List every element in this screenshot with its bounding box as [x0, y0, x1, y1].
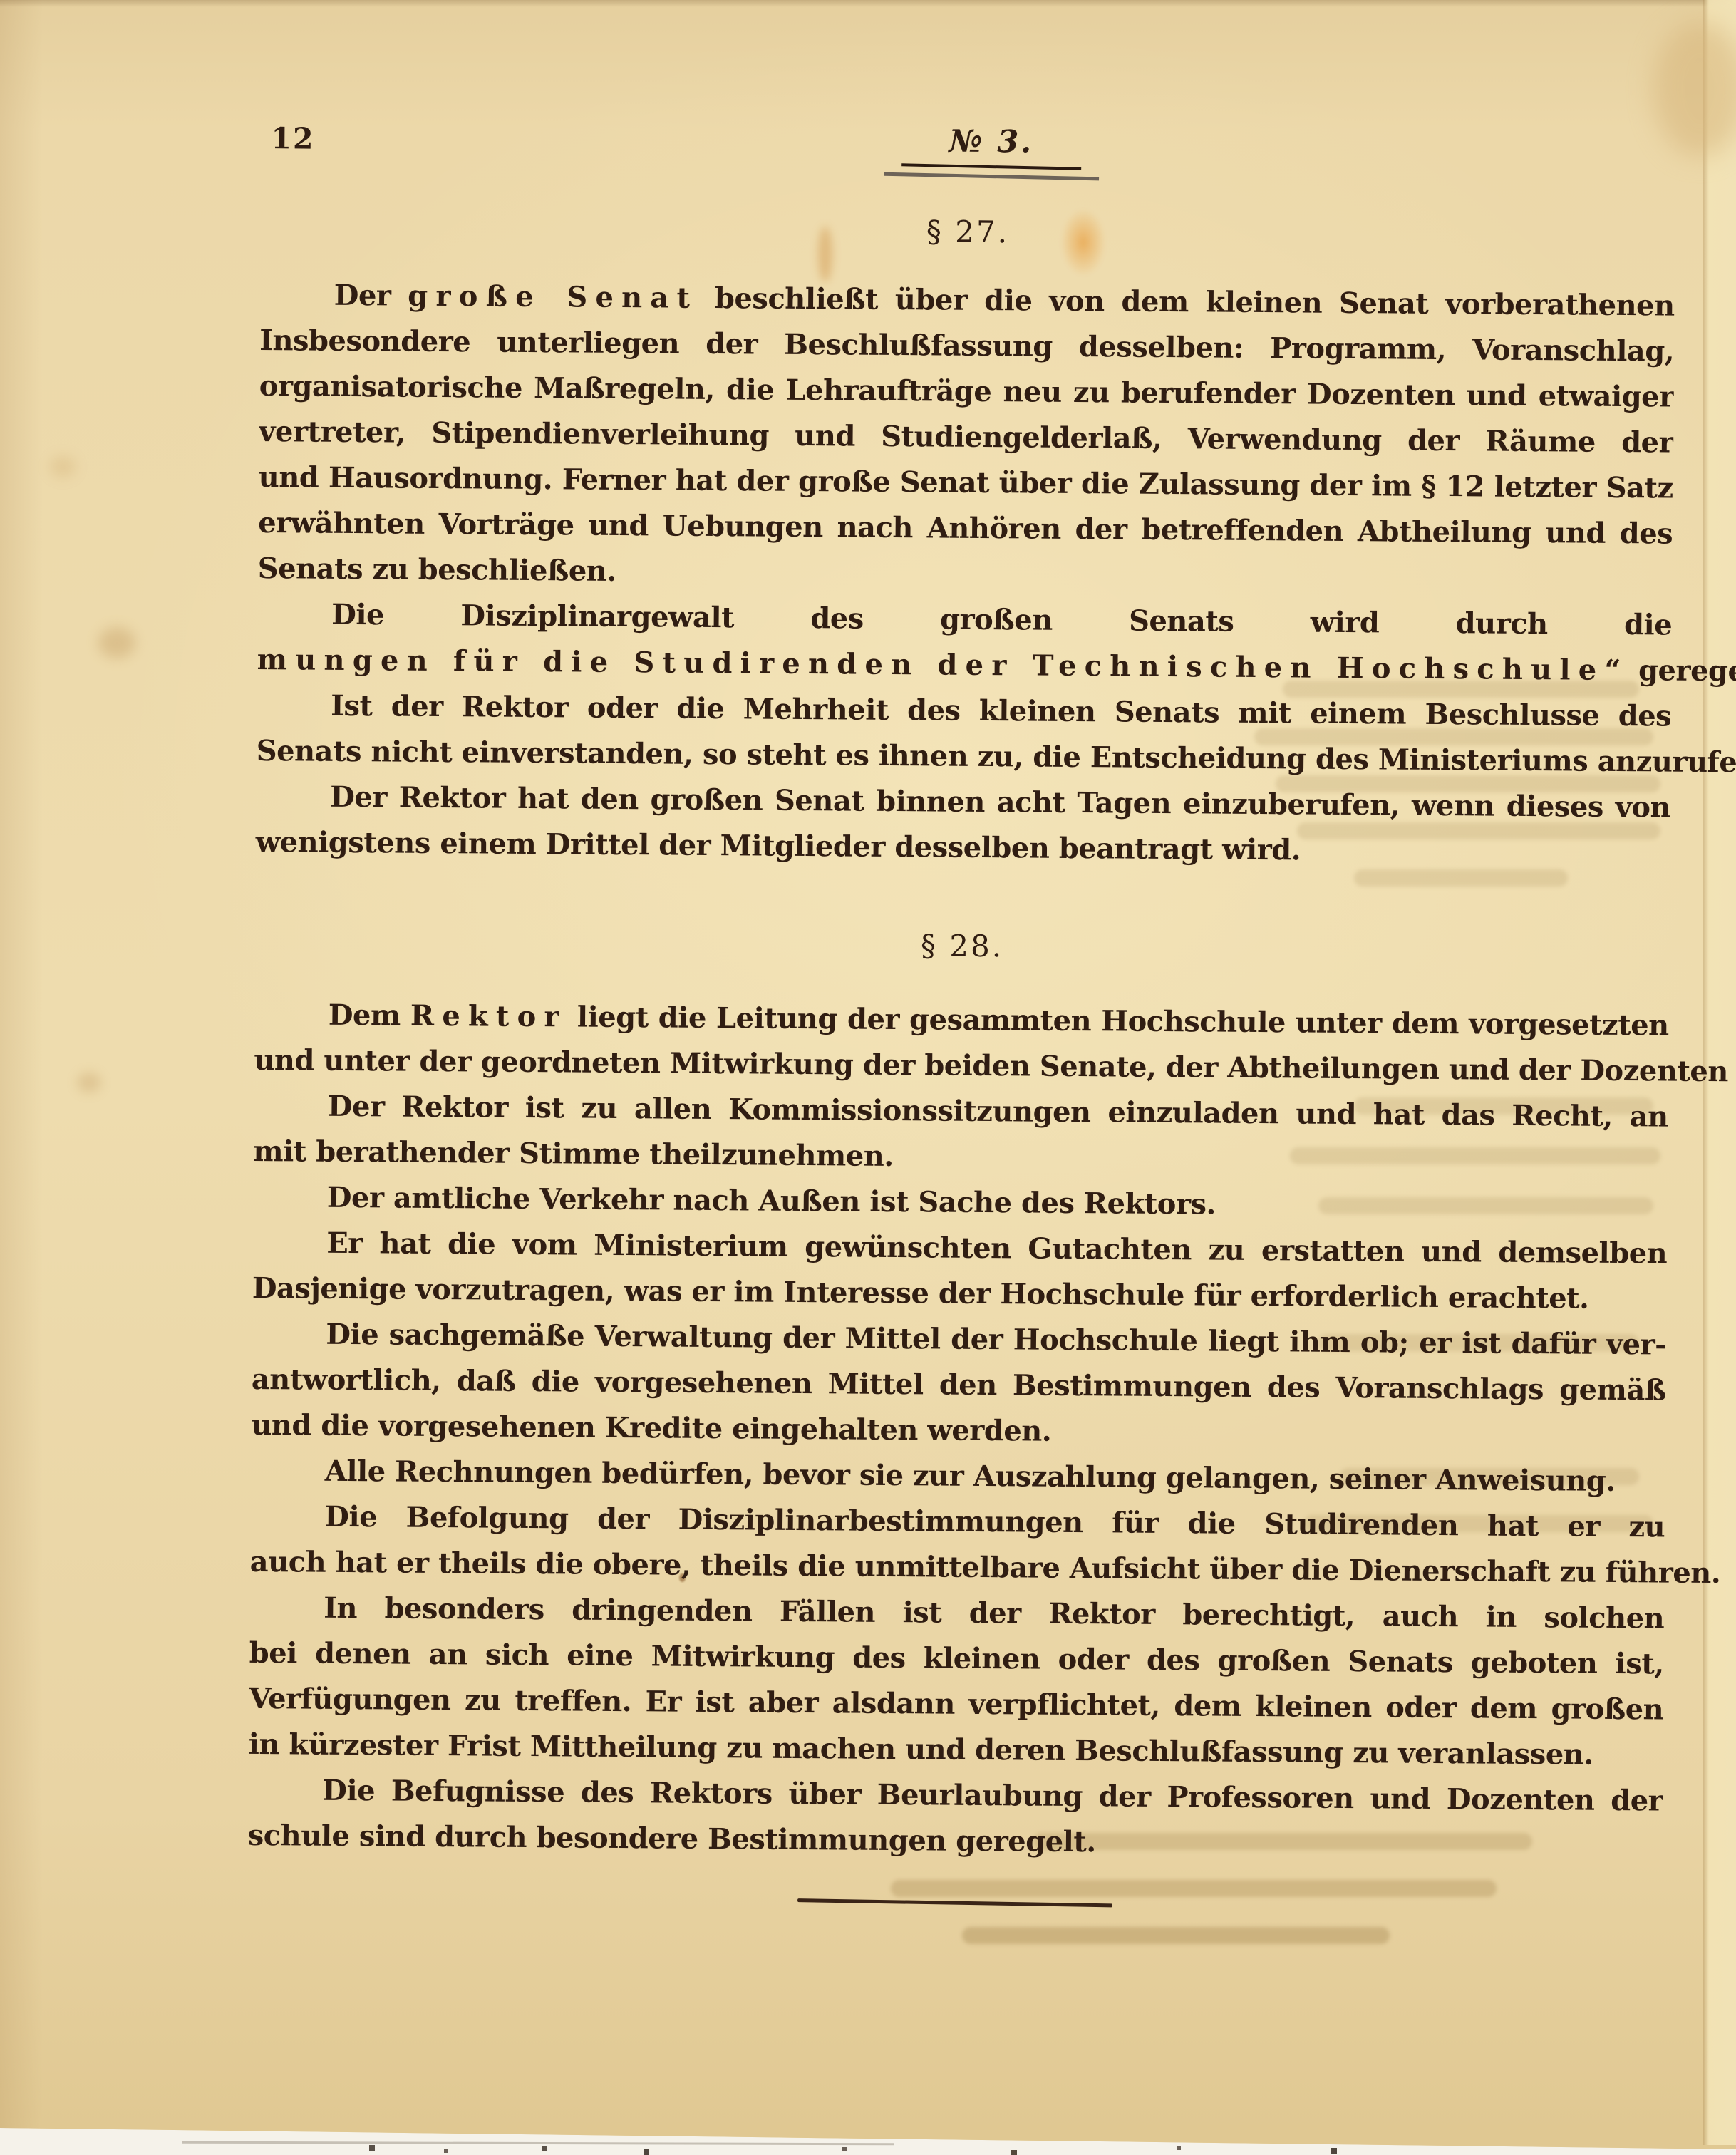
- foxing-spot: [77, 1073, 101, 1092]
- text-segment: und Hausordnung. Ferner hat der große Se…: [259, 460, 1673, 505]
- text-segment: mit berathender Stimme theilzunehmen.: [253, 1135, 894, 1173]
- letterspaced-text: große Senat: [408, 279, 698, 315]
- text-segment: Der: [334, 279, 408, 313]
- text-segment: wenigstens einem Drittel der Mitglieder …: [256, 825, 1301, 867]
- issue-underline-shadow: [884, 172, 1099, 181]
- foxing-spot: [50, 456, 76, 477]
- section-heading: § 28.: [254, 922, 1669, 971]
- page-header: 12 № 3.: [261, 118, 1676, 187]
- text-segment: Der amtliche Verkehr nach Außen ist Sach…: [327, 1181, 1216, 1221]
- text-segment: in kürzester Frist Mittheilung zu machen…: [249, 1727, 1593, 1772]
- text-segment: Die sachgemäße Verwaltung der Mittel der…: [326, 1318, 1666, 1362]
- issue-heading: № 3.: [884, 123, 1100, 179]
- paper-sheet: 12 № 3. § 27.Der große Senat beschließt …: [0, 0, 1736, 2155]
- text-segment: und unter der geordneten Mitwirkung der …: [254, 1043, 1736, 1089]
- issue-number: № 3.: [884, 123, 1099, 160]
- section-heading: § 27.: [260, 208, 1675, 257]
- text-segment: Der Rektor hat den großen Senat binnen a…: [330, 780, 1670, 825]
- issue-underline: [901, 163, 1081, 170]
- scanner-specks: [0, 0, 3, 3]
- page-content: 12 № 3. § 27.Der große Senat beschließt …: [247, 0, 1677, 1911]
- foxing-spot: [98, 627, 135, 658]
- page-number: 12: [271, 121, 314, 155]
- text-segment: auch hat er theils die obere, theils die…: [250, 1545, 1721, 1590]
- text-segment: Dem: [329, 998, 410, 1033]
- text-segment: geregelt.: [1628, 653, 1736, 688]
- text-segment: Senats nicht einverstanden, so steht es …: [257, 734, 1736, 780]
- showthrough: [962, 1927, 1390, 1944]
- text-segment: Alle Rechnungen bedürfen, bevor sie zur …: [325, 1454, 1616, 1498]
- letterspaced-text: mungen für die Studirenden der Technisch…: [257, 643, 1629, 687]
- letterspaced-text: Rektor: [410, 999, 567, 1034]
- text-segment: Die Disziplinargewalt des großen Senats …: [331, 598, 1672, 642]
- text-segment: Senats zu beschließen.: [258, 552, 616, 588]
- text-segment: Dasjenige vorzutragen, was er im Interes…: [252, 1271, 1589, 1316]
- text-segment: und die vorgesehenen Kredite eingehalten…: [251, 1408, 1051, 1448]
- body-text: § 27.Der große Senat beschließt über die…: [248, 0, 1677, 1870]
- section-end-rule: [797, 1898, 1112, 1907]
- paper-edge-shadow: [182, 2141, 894, 2146]
- text-segment: schule sind durch besondere Bestimmungen…: [248, 1819, 1096, 1859]
